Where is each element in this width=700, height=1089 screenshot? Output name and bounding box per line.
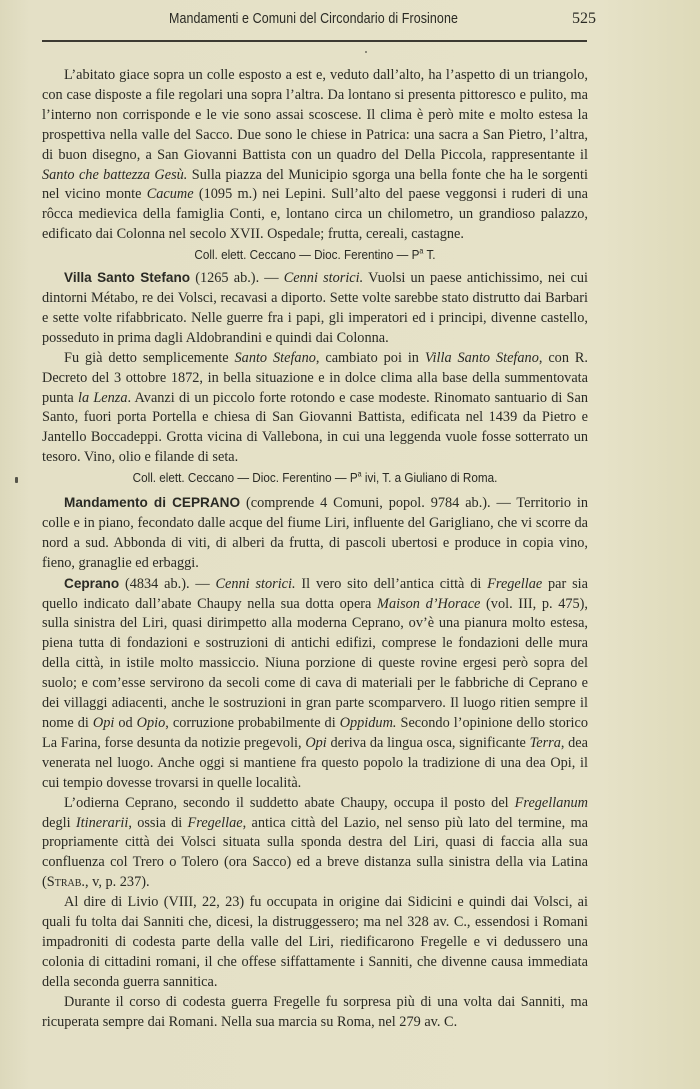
text: Coll. elett. Ceccano — Dioc. Ferentino —… [194,247,419,262]
text: Al dire di Livio (VIII, 22, 23) fu occup… [42,894,588,990]
italic-text: Opi [305,735,326,751]
italic-text: Maison d’Horace [377,596,480,612]
body-text: L’abitato giace sopra un colle esposto a… [42,66,588,1033]
text: L’abitato giace sopra un colle esposto a… [42,67,588,163]
paragraph-patrica: L’abitato giace sopra un colle esposto a… [42,66,588,245]
italic-text: Cacume [147,186,194,202]
text: od [114,715,136,731]
text: degli [42,815,76,831]
text: L’odierna Ceprano, secondo il suddetto a… [64,795,515,811]
book-page: Mandamenti e Comuni del Circondario di F… [0,0,700,1089]
italic-text: la Lenza [78,390,128,406]
speck [365,51,367,53]
italic-text: Cenni storici. [215,576,295,592]
entry-heading: Villa Santo Stefano [64,270,190,285]
text: (vol. III, p. 475), sulla sinistra del L… [42,596,588,731]
italic-text: Fregellae [487,576,542,592]
italic-text: Opio [137,715,166,731]
text: (1265 ab.). — [190,270,284,286]
italic-text: Itinerarii [76,815,128,831]
italic-text: Santo che battezza Gesù. [42,167,187,183]
paragraph-villa-santo-stefano: Villa Santo Stefano (1265 ab.). — Cenni … [42,268,588,349]
text: Coll. elett. Ceccano — Dioc. Ferentino —… [133,470,358,485]
margin-mark [15,477,18,483]
italic-text: Terra [530,735,561,751]
text: Fu già detto semplicemente [64,350,235,366]
italic-text: Santo Stefano [235,350,316,366]
running-title: Mandamenti e Comuni del Circondario di F… [78,11,548,27]
small-caps-text: Strab. [47,874,85,890]
paragraph-livio: Al dire di Livio (VIII, 22, 23) fu occup… [42,893,588,993]
italic-text: Oppidum. [340,715,397,731]
italic-text: Fregellanum [515,795,588,811]
paragraph-ceprano: Ceprano (4834 ab.). — Cenni storici. Il … [42,574,588,794]
text: Durante il corso di codesta guerra Frege… [42,994,588,1030]
paragraph-durante: Durante il corso di codesta guerra Frege… [42,993,588,1033]
text: T. [423,247,435,262]
page-header: Mandamenti e Comuni del Circondario di F… [40,11,587,33]
entry-heading: Mandamento di CEPRANO [64,495,240,510]
caption-patrica: Coll. elett. Ceccano — Dioc. Ferentino —… [69,245,560,265]
text: ivi, T. a Giuliano di Roma. [362,470,498,485]
text: , ossia di [128,815,187,831]
header-rule [42,40,587,42]
italic-text: Villa Santo Stefano [425,350,539,366]
text: deriva da lingua osca, significante [327,735,530,751]
text: , v, p. 237). [85,874,150,890]
page-number: 525 [556,10,596,28]
text: , cambiato poi in [316,350,425,366]
text: (4834 ab.). — [119,576,215,592]
text: , corruzione probabilmente di [165,715,339,731]
italic-text: Opi [93,715,114,731]
entry-heading: Ceprano [64,576,119,591]
caption-villa-santo-stefano: Coll. elett. Ceccano — Dioc. Ferentino —… [69,468,560,488]
text: Il vero sito dell’antica città di [296,576,488,592]
paragraph-mandamento-ceprano: Mandamento di CEPRANO (comprende 4 Comun… [42,493,588,574]
paragraph-odierna-ceprano: L’odierna Ceprano, secondo il suddetto a… [42,794,588,894]
italic-text: Fregellae [188,815,243,831]
paragraph-santo-stefano-history: Fu già detto semplicemente Santo Stefano… [42,349,588,468]
italic-text: Cenni storici. [284,270,363,286]
